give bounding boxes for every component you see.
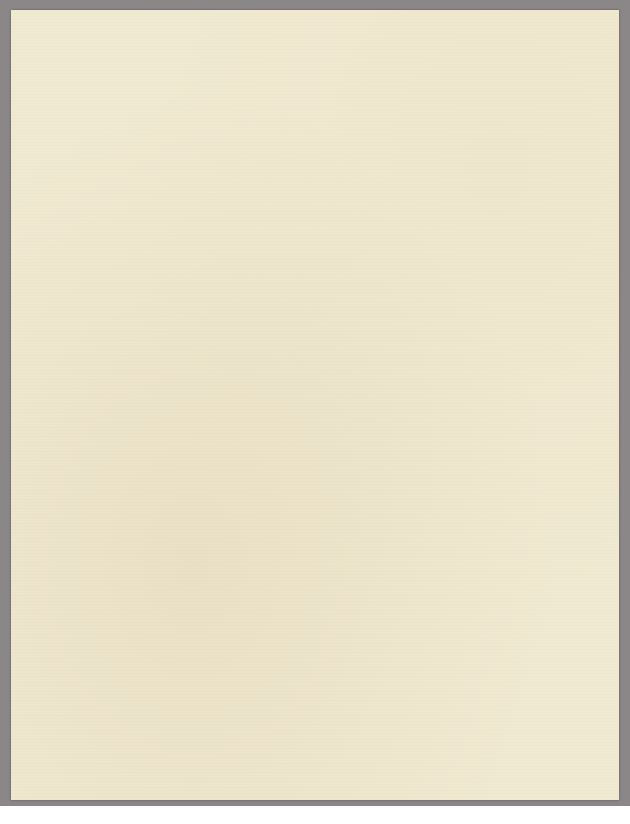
scan-frame	[0, 0, 630, 806]
letter-page	[11, 10, 619, 800]
